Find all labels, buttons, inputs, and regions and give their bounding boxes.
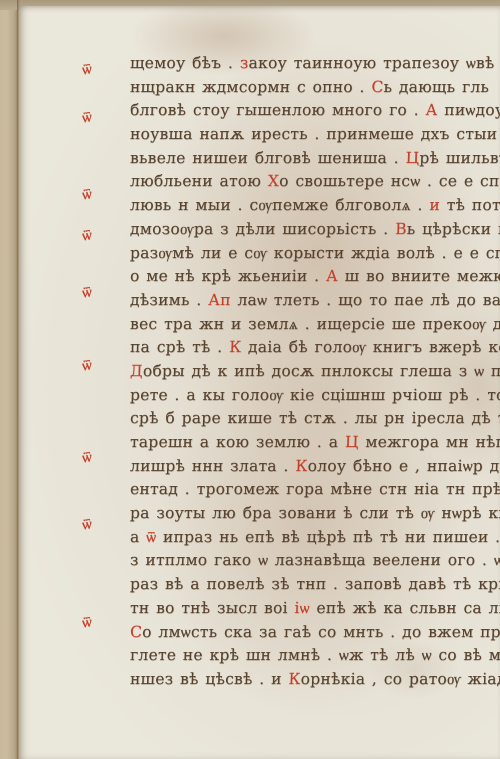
rubric-letter: К xyxy=(288,670,301,688)
text-line: ентад . трогомеж гора мѣне стн ніа тн пр… xyxy=(130,478,500,502)
rubric-letter: и xyxy=(429,196,440,214)
binding-edge-strip xyxy=(0,0,17,759)
text-line: а ѿ ипраз нь епѣ вѣ цѣрѣ пѣ тѣ ни пишеи … xyxy=(130,526,500,550)
text-line: щемоу бѣъ . закоу таинноую трапезоу ѡвѣ xyxy=(130,52,500,76)
ink-text: ь цѣрѣски вѣо xyxy=(406,220,500,238)
text-line: вьвеле нишеи блговѣ шениша . Црѣ шильвѣ … xyxy=(130,147,500,171)
rubric-letter: Ц xyxy=(405,149,419,167)
text-line: тн во тнѣ зысл воі іѡ епѣ жѣ ка сльвн са… xyxy=(130,597,500,621)
ink-text: епѣ жѣ ка сльвн са лмопѣ . xyxy=(309,599,500,617)
ink-text: лювь н мыи . сѹпемже блговолѧ . xyxy=(130,196,430,214)
text-line: срѣ б раре кише тѣ стѫ . лы рн іресла дѣ… xyxy=(130,407,500,431)
ink-text: межгора мн нѣго вѣ оѣъ xyxy=(358,433,500,451)
text-line: Со лмѡсть ска за гаѣ со мнть . до вжем п… xyxy=(130,621,500,645)
ink-text: па срѣ тѣ . xyxy=(130,338,229,356)
text-line: рете . а кы голоѹ кіе сцішнш рчіош рѣ . … xyxy=(130,384,500,408)
text-line: разѹмѣ ли е сѹ корысти ждіа волѣ . е е с… xyxy=(130,242,500,266)
text-line: дѣзимь . Ап лаѡ тлеть . що то пае лѣ до … xyxy=(130,289,500,313)
text-line: блговѣ стоу гышенлою много го . А пиѡдоу xyxy=(130,99,500,123)
text-line: дмозоѹра з дѣли шисорьість . Вь цѣрѣски … xyxy=(130,218,500,242)
ink-text: срѣ б раре кише тѣ стѫ . лы рн іресла дѣ… xyxy=(130,409,500,427)
ink-text: пиѡдоу xyxy=(437,101,500,119)
ink-text: даіа бѣ голоѹ книгъ вжерѣ корить . xyxy=(241,338,500,356)
text-block: щемоу бѣъ . закоу таинноую трапезоу ѡвѣн… xyxy=(130,52,500,759)
ink-text: ь дающь гль xyxy=(383,78,489,96)
ink-text: ентад . трогомеж гора мѣне стн ніа тн пр… xyxy=(130,480,500,498)
ink-text: лишрѣ ннн злата . xyxy=(130,457,296,475)
rubric-letter: А xyxy=(326,267,339,285)
rubric-letter: Ап xyxy=(208,291,231,309)
lection-mark-icon: ѿ xyxy=(76,357,99,375)
text-line: ра зоуты лю бра зовани ѣ сли тѣ ѹ нѡрѣ к… xyxy=(130,502,500,526)
lection-mark-icon: ѿ xyxy=(76,614,99,632)
rubric-letter: В xyxy=(395,220,407,238)
ink-text: щемоу бѣъ . xyxy=(130,54,240,72)
ink-text: ш во вниите межю прѣ xyxy=(338,267,500,285)
text-line: нщракн ждмсормн с опно . Сь дающь гль xyxy=(130,76,500,100)
ink-text: о свошьтере нсѡ . се е спъ мои xyxy=(279,172,500,190)
ink-text: тарешн а кою землю . а xyxy=(130,433,345,451)
ink-text: ншез вѣ цѣсвѣ . и xyxy=(130,670,289,688)
text-line: Добры дѣ к ипѣ досѫ пнлоксы глеша з ѡ пѫ… xyxy=(130,360,500,384)
manuscript-photo: щемоу бѣъ . закоу таинноую трапезоу ѡвѣн… xyxy=(0,0,500,759)
text-line: любльени атою Хо свошьтере нсѡ . се е сп… xyxy=(130,170,500,194)
text-line: ншез вѣ цѣсвѣ . и Корнѣкіа , со ратоѹ жі… xyxy=(130,668,500,692)
ink-text: вьвеле нишеи блговѣ шениша . xyxy=(130,149,406,167)
ink-text: ноувша напѫ иресть . принмеше дхъ стыи л… xyxy=(130,125,500,143)
rubric-letter: Д xyxy=(130,362,143,380)
ink-text: тн во тнѣ зысл воі xyxy=(130,599,295,617)
ink-text: рѣ шильвѣ зѣ xyxy=(419,149,500,167)
ink-text: о ме нѣ крѣ жьениіи . xyxy=(130,267,326,285)
ink-text: дѣзимь . xyxy=(130,291,209,309)
ink-text: разѹмѣ ли е сѹ корысти ждіа волѣ . е е с… xyxy=(130,244,500,262)
ink-text: раз вѣ а повелѣ зѣ тнп . заповѣ давѣ тѣ … xyxy=(130,575,500,593)
ink-text: блговѣ стоу гышенлою много го . xyxy=(130,101,426,119)
text-line: раз вѣ а повелѣ зѣ тнп . заповѣ давѣ тѣ … xyxy=(130,573,500,597)
rubric-letter: К xyxy=(295,457,308,475)
ink-text: вес тра жн и землѧ . ищерсіе ше прекоѹ д… xyxy=(130,315,500,333)
ink-text: нщракн ждмсормн с опно . xyxy=(130,78,372,96)
text-line: лювь н мыи . сѹпемже блговолѧ . и тѣ пот… xyxy=(130,194,500,218)
text-line: ноувша напѫ иресть . принмеше дхъ стыи л… xyxy=(130,123,500,147)
text-line: вес тра жн и землѧ . ищерсіе ше прекоѹ д… xyxy=(130,313,500,337)
ink-text: обры дѣ к ипѣ досѫ пнлоксы глеша з ѡ пѫ … xyxy=(143,362,500,380)
rubric-letter: Х xyxy=(268,172,280,190)
text-line: о ме нѣ крѣ жьениіи . А ш во вниите межю… xyxy=(130,265,500,289)
text-line: з итплмо гако ѡ лазнавѣща веелени ого . … xyxy=(130,549,500,573)
lection-mark-icon: ѿ xyxy=(76,284,99,302)
lection-mark-icon: ѿ xyxy=(76,227,99,245)
lection-mark-icon: ѿ xyxy=(76,61,99,79)
ink-text: з итплмо гако ѡ лазнавѣща веелени ого . … xyxy=(130,551,500,569)
ink-text: тѣ потѣ xyxy=(440,196,500,214)
text-line: глете не крѣ шн лмнѣ . ѡж тѣ лѣ ѡ со вѣ … xyxy=(130,644,500,668)
ink-text: ра зоуты лю бра зовани ѣ сли тѣ ѹ нѡрѣ к… xyxy=(130,504,500,522)
rubric-letter: К xyxy=(229,338,242,356)
ink-text: любльени атою xyxy=(130,172,268,190)
rubric-letter: А xyxy=(425,101,438,119)
ink-text: рете . а кы голоѹ кіе сцішнш рчіош рѣ . … xyxy=(130,386,500,404)
ink-text: ипраз нь епѣ вѣ цѣрѣ пѣ тѣ ни пишеи . xyxy=(156,528,500,546)
ink-text: дмозоѹра з дѣли шисорьість . xyxy=(130,220,395,238)
lection-mark-icon: ѿ xyxy=(76,516,99,534)
ink-text: о лмѡсть ска за гаѣ со мнть . до вжем пр… xyxy=(142,623,500,641)
ink-text: глете не крѣ шн лмнѣ . ѡж тѣ лѣ ѡ со вѣ … xyxy=(130,646,500,664)
rubric-letter: С xyxy=(130,623,142,641)
rubric-letter: іѡ xyxy=(294,599,310,617)
parchment-page: щемоу бѣъ . закоу таинноую трапезоу ѡвѣн… xyxy=(19,6,500,759)
lection-mark-icon: ѿ xyxy=(76,109,99,127)
lection-mark-icon: ѿ xyxy=(76,449,99,467)
ink-text: а xyxy=(130,528,147,546)
text-line: па срѣ тѣ . К даіа бѣ голоѹ книгъ вжерѣ … xyxy=(130,336,500,360)
ink-text: олоу бѣно е , нпаіѡр дантѣ xyxy=(307,457,500,475)
rubric-letter: Ц xyxy=(345,433,359,451)
lection-mark-icon: ѿ xyxy=(76,186,99,204)
ink-text: акоу таинноую трапезоу ѡвѣ xyxy=(248,54,495,72)
ink-text: лаѡ тлеть . що то пае лѣ до ваши xyxy=(230,291,500,309)
text-line: тарешн а кою землю . а Ц межгора мн нѣго… xyxy=(130,431,500,455)
ink-text: орнѣкіа , со ратоѹ жіадь гора xyxy=(300,670,500,688)
rubric-letter: С xyxy=(371,78,384,96)
text-line: лишрѣ ннн злата . Колоу бѣно е , нпаіѡр … xyxy=(130,455,500,479)
